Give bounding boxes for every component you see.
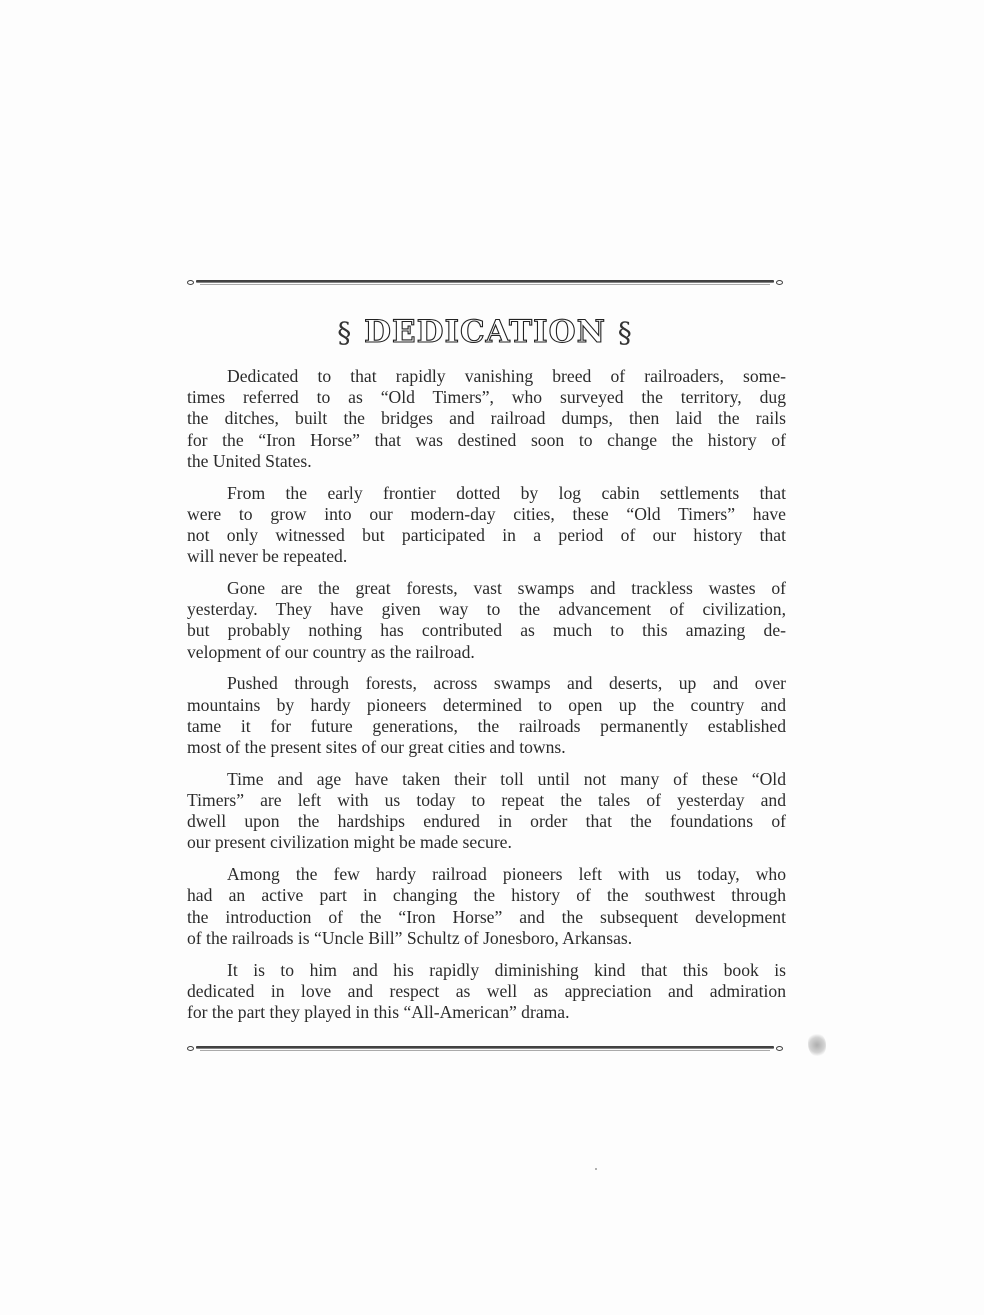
text-line: tame it for future generations, the rail… bbox=[187, 716, 786, 737]
text-line: dwell upon the hardships endured in orde… bbox=[187, 811, 786, 832]
text-line: but probably nothing has contributed as … bbox=[187, 620, 786, 641]
text-line: Gone are the great forests, vast swamps … bbox=[187, 578, 786, 599]
page-title: § DEDICATION § bbox=[186, 310, 784, 355]
rule-bar bbox=[196, 280, 774, 283]
text-line: for the part they played in this “All-Am… bbox=[187, 1002, 786, 1023]
top-ornamental-rule bbox=[186, 279, 784, 285]
text-line: of the railroads is “Uncle Bill” Schultz… bbox=[187, 928, 786, 949]
text-line: Pushed through forests, across swamps an… bbox=[187, 673, 786, 694]
scanned-page: § DEDICATION § Dedicated to that rapidly… bbox=[0, 0, 984, 1315]
text-line: yesterday. They have given way to the ad… bbox=[187, 599, 786, 620]
rule-right-finial-icon bbox=[772, 1045, 784, 1051]
text-line: Among the few hardy railroad pioneers le… bbox=[187, 864, 786, 885]
text-line: not only witnessed but participated in a… bbox=[187, 525, 786, 546]
text-line: velopment of our country as the railroad… bbox=[187, 642, 786, 663]
paragraph: Among the few hardy railroad pioneers le… bbox=[187, 864, 786, 949]
section-sign-right-icon: § bbox=[618, 316, 633, 349]
paragraph: Dedicated to that rapidly vanishing bree… bbox=[187, 366, 786, 472]
text-line: our present civilization might be made s… bbox=[187, 832, 786, 853]
text-line: were to grow into our modern-day cities,… bbox=[187, 504, 786, 525]
dedication-body: Dedicated to that rapidly vanishing bree… bbox=[187, 366, 786, 1034]
rule-bar bbox=[196, 1046, 774, 1049]
rule-hairline bbox=[200, 1050, 770, 1051]
text-line: had an active part in changing the histo… bbox=[187, 885, 786, 906]
text-line: dedicated in love and respect as well as… bbox=[187, 981, 786, 1002]
text-line: will never be repeated. bbox=[187, 546, 786, 567]
text-line: for the “Iron Horse” that was destined s… bbox=[187, 430, 786, 451]
text-line: Time and age have taken their toll until… bbox=[187, 769, 786, 790]
text-line: the United States. bbox=[187, 451, 786, 472]
paragraph: From the early frontier dotted by log ca… bbox=[187, 483, 786, 568]
text-line: most of the present sites of our great c… bbox=[187, 737, 786, 758]
ink-smudge-mark bbox=[808, 1033, 826, 1057]
text-line: It is to him and his rapidly diminishing… bbox=[187, 960, 786, 981]
bottom-ornamental-rule bbox=[186, 1045, 784, 1051]
paragraph: Pushed through forests, across swamps an… bbox=[187, 673, 786, 758]
paragraph: It is to him and his rapidly diminishing… bbox=[187, 960, 786, 1024]
section-sign-left-icon: § bbox=[337, 316, 352, 349]
rule-hairline bbox=[200, 284, 770, 285]
paper-speck bbox=[595, 1168, 597, 1170]
text-line: mountains by hardy pioneers determined t… bbox=[187, 695, 786, 716]
rule-right-finial-icon bbox=[772, 279, 784, 285]
text-line: Timers” are left with us today to repeat… bbox=[187, 790, 786, 811]
text-line: From the early frontier dotted by log ca… bbox=[187, 483, 786, 504]
paragraph: Gone are the great forests, vast swamps … bbox=[187, 578, 786, 663]
text-line: the introduction of the “Iron Horse” and… bbox=[187, 907, 786, 928]
text-line: the ditches, built the bridges and railr… bbox=[187, 408, 786, 429]
title-text: DEDICATION bbox=[364, 314, 606, 350]
text-line: times referred to as “Old Timers”, who s… bbox=[187, 387, 786, 408]
paragraph: Time and age have taken their toll until… bbox=[187, 769, 786, 854]
text-line: Dedicated to that rapidly vanishing bree… bbox=[187, 366, 786, 387]
